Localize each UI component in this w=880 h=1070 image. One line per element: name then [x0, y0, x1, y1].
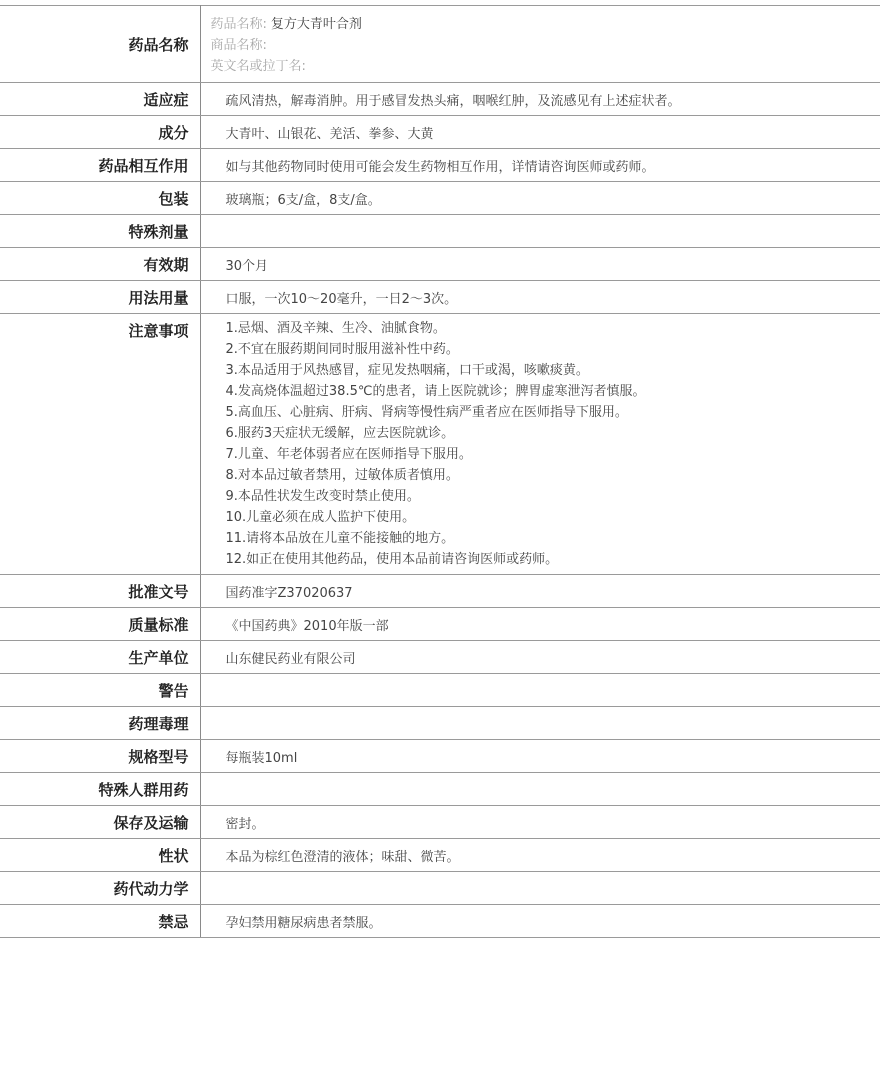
row-pharmacokinetics: 药代动力学 [0, 872, 880, 905]
row-value: 孕妇禁用糖尿病患者禁服。 [200, 905, 880, 938]
precaution-item: 12.如正在使用其他药品，使用本品前请咨询医师或药师。 [226, 549, 880, 570]
row-value: 每瓶装10ml [200, 740, 880, 773]
row-label: 规格型号 [0, 740, 200, 773]
precaution-item: 1.忌烟、酒及辛辣、生冷、油腻食物。 [226, 318, 880, 339]
row-label: 有效期 [0, 248, 200, 281]
english-name-label: 英文名或拉丁名: [211, 59, 306, 74]
row-label: 特殊剂量 [0, 215, 200, 248]
row-label: 包装 [0, 182, 200, 215]
row-usage: 用法用量 口服，一次10～20毫升，一日2～3次。 [0, 281, 880, 314]
row-quality-standard: 质量标准 《中国药典》2010年版一部 [0, 608, 880, 641]
precaution-item: 3.本品适用于风热感冒，症见发热咽痛，口干或渴，咳嗽痰黄。 [226, 360, 880, 381]
row-label: 警告 [0, 674, 200, 707]
row-manufacturer: 生产单位 山东健民药业有限公司 [0, 641, 880, 674]
precaution-item: 6.服药3天症状无缓解，应去医院就诊。 [226, 423, 880, 444]
row-value: 大青叶、山银花、羌活、拳参、大黄 [200, 116, 880, 149]
row-validity: 有效期 30个月 [0, 248, 880, 281]
row-approval-number: 批准文号 国药准字Z37020637 [0, 575, 880, 608]
row-value: 密封。 [200, 806, 880, 839]
row-indications: 适应症 疏风清热，解毒消肿。用于感冒发热头痛，咽喉红肿，及流感见有上述症状者。 [0, 83, 880, 116]
row-ingredients: 成分 大青叶、山银花、羌活、拳参、大黄 [0, 116, 880, 149]
row-value [200, 674, 880, 707]
row-special-population: 特殊人群用药 [0, 773, 880, 806]
row-value [200, 872, 880, 905]
row-toxicology: 药理毒理 [0, 707, 880, 740]
trade-name-line: 商品名称: [211, 35, 880, 56]
row-label: 特殊人群用药 [0, 773, 200, 806]
row-specification: 规格型号 每瓶装10ml [0, 740, 880, 773]
row-label: 药理毒理 [0, 707, 200, 740]
row-precautions: 注意事项 1.忌烟、酒及辛辣、生冷、油腻食物。 2.不宜在服药期间同时服用滋补性… [0, 314, 880, 575]
row-value: 本品为棕红色澄清的液体；味甜、微苦。 [200, 839, 880, 872]
row-drug-name: 药品名称 药品名称:复方大青叶合剂 商品名称: 英文名或拉丁名: [0, 6, 880, 83]
generic-name-line: 药品名称:复方大青叶合剂 [211, 14, 880, 35]
precaution-item: 7.儿童、年老体弱者应在医师指导下服用。 [226, 444, 880, 465]
row-value: 30个月 [200, 248, 880, 281]
row-label: 成分 [0, 116, 200, 149]
row-label: 保存及运输 [0, 806, 200, 839]
row-value [200, 773, 880, 806]
row-label: 用法用量 [0, 281, 200, 314]
row-label: 禁忌 [0, 905, 200, 938]
row-value: 玻璃瓶；6支/盒，8支/盒。 [200, 182, 880, 215]
row-special-dosage: 特殊剂量 [0, 215, 880, 248]
precaution-item: 11.请将本品放在儿童不能接触的地方。 [226, 528, 880, 549]
row-label: 批准文号 [0, 575, 200, 608]
row-value [200, 707, 880, 740]
row-value: 《中国药典》2010年版一部 [200, 608, 880, 641]
precaution-item: 5.高血压、心脏病、肝病、肾病等慢性病严重者应在医师指导下服用。 [226, 402, 880, 423]
drug-spec-table: 药品名称 药品名称:复方大青叶合剂 商品名称: 英文名或拉丁名: 适应症 疏风清… [0, 5, 880, 938]
row-value: 山东健民药业有限公司 [200, 641, 880, 674]
row-label: 生产单位 [0, 641, 200, 674]
row-warning: 警告 [0, 674, 880, 707]
row-label: 注意事项 [0, 314, 200, 575]
row-packaging: 包装 玻璃瓶；6支/盒，8支/盒。 [0, 182, 880, 215]
generic-name-value: 复方大青叶合剂 [271, 17, 362, 32]
precautions-list: 1.忌烟、酒及辛辣、生冷、油腻食物。 2.不宜在服药期间同时服用滋补性中药。 3… [200, 314, 880, 575]
row-label: 药品相互作用 [0, 149, 200, 182]
row-value: 口服，一次10～20毫升，一日2～3次。 [200, 281, 880, 314]
row-value: 如与其他药物同时使用可能会发生药物相互作用，详情请咨询医师或药师。 [200, 149, 880, 182]
row-contraindications: 禁忌 孕妇禁用糖尿病患者禁服。 [0, 905, 880, 938]
drug-name-cell: 药品名称:复方大青叶合剂 商品名称: 英文名或拉丁名: [200, 6, 880, 83]
precaution-item: 8.对本品过敏者禁用，过敏体质者慎用。 [226, 465, 880, 486]
row-label: 药代动力学 [0, 872, 200, 905]
row-label: 性状 [0, 839, 200, 872]
row-label: 适应症 [0, 83, 200, 116]
trade-name-label: 商品名称: [211, 38, 267, 53]
row-interactions: 药品相互作用 如与其他药物同时使用可能会发生药物相互作用，详情请咨询医师或药师。 [0, 149, 880, 182]
row-label: 质量标准 [0, 608, 200, 641]
english-name-line: 英文名或拉丁名: [211, 56, 880, 77]
drug-spec-page: 药品名称 药品名称:复方大青叶合剂 商品名称: 英文名或拉丁名: 适应症 疏风清… [0, 0, 880, 938]
precaution-item: 4.发高烧体温超过38.5℃的患者，请上医院就诊；脾胃虚寒泄泻者慎服。 [226, 381, 880, 402]
row-appearance: 性状 本品为棕红色澄清的液体；味甜、微苦。 [0, 839, 880, 872]
precaution-item: 9.本品性状发生改变时禁止使用。 [226, 486, 880, 507]
precaution-item: 10.儿童必须在成人监护下使用。 [226, 507, 880, 528]
row-storage: 保存及运输 密封。 [0, 806, 880, 839]
row-label: 药品名称 [0, 6, 200, 83]
row-value [200, 215, 880, 248]
row-value: 疏风清热，解毒消肿。用于感冒发热头痛，咽喉红肿，及流感见有上述症状者。 [200, 83, 880, 116]
row-value: 国药准字Z37020637 [200, 575, 880, 608]
precaution-item: 2.不宜在服药期间同时服用滋补性中药。 [226, 339, 880, 360]
generic-name-label: 药品名称: [211, 17, 267, 32]
